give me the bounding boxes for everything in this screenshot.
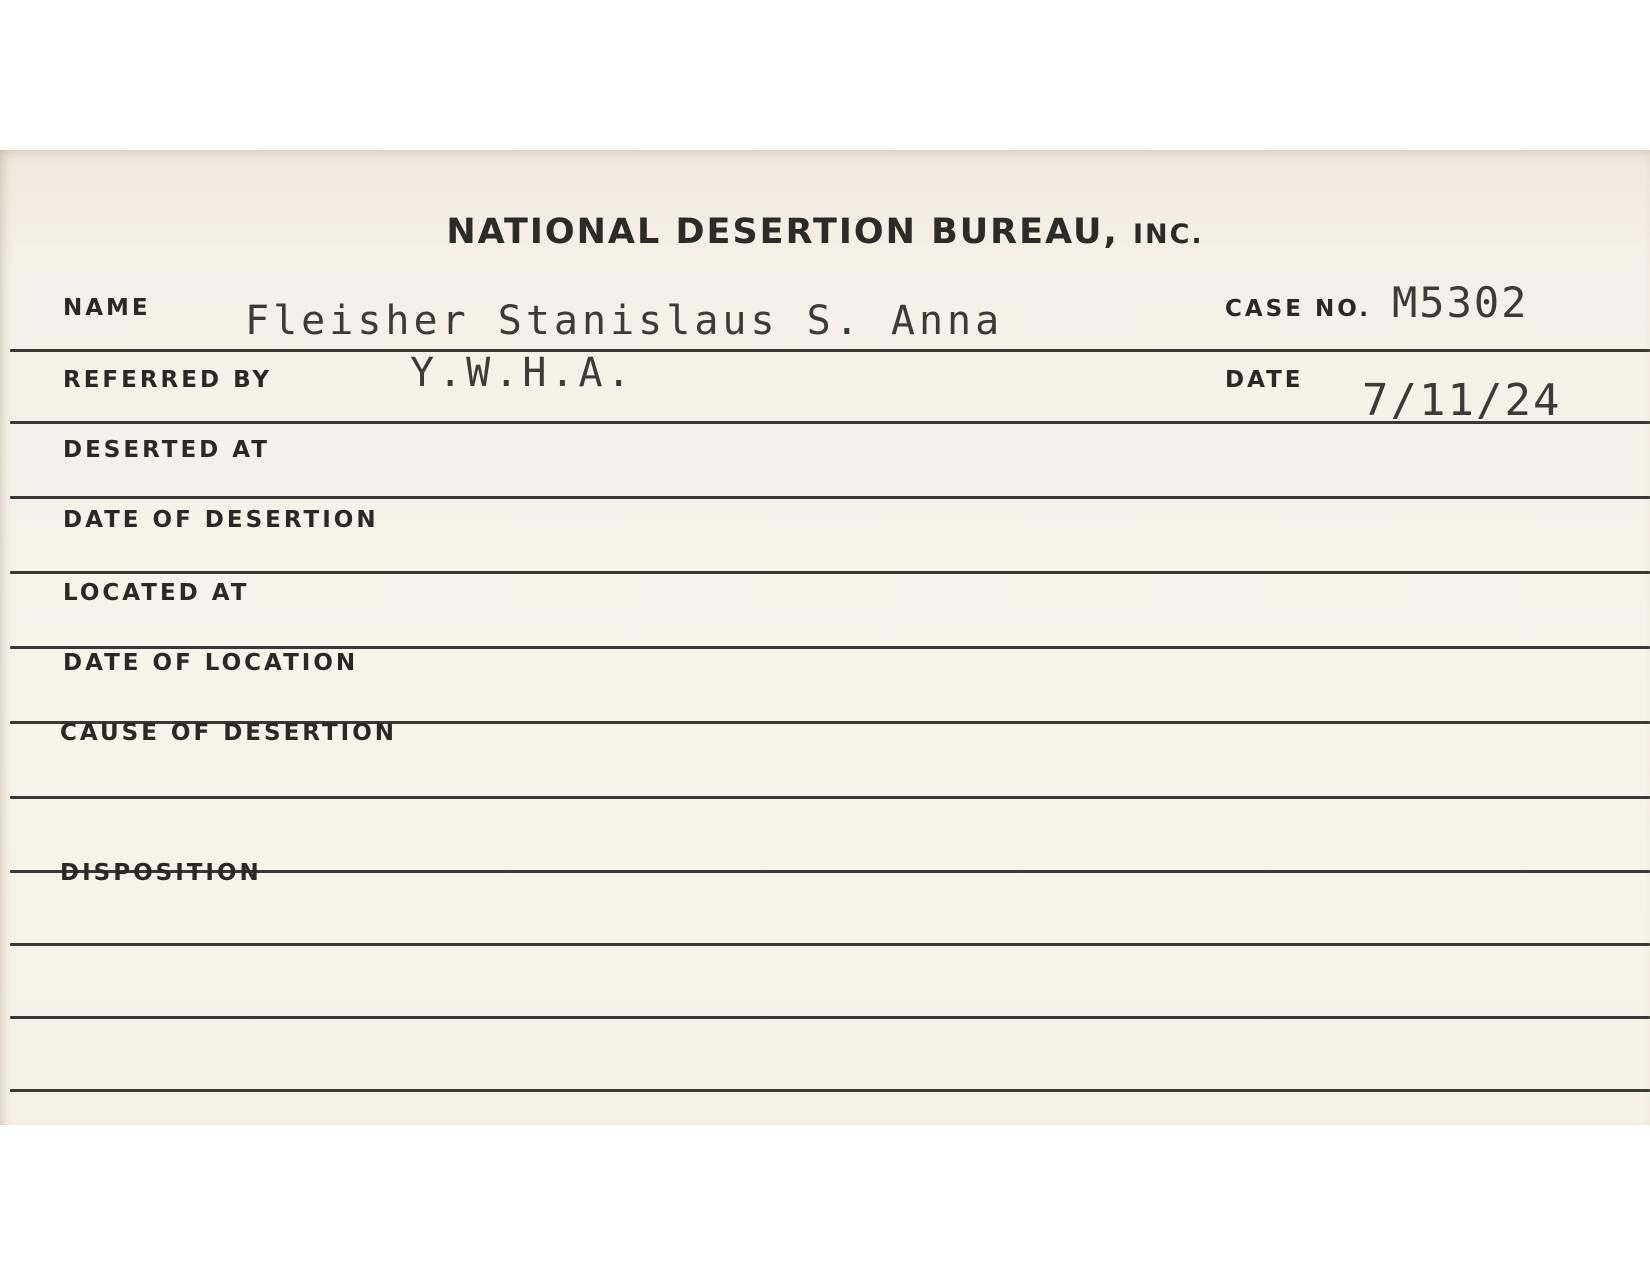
located-at-line xyxy=(10,646,1650,649)
name-label: NAME xyxy=(63,295,151,321)
date-value: 7/11/24 xyxy=(1362,375,1561,426)
deserted-at-line xyxy=(10,496,1650,499)
name-value: Fleisher Stanislaus S. Anna xyxy=(245,298,1003,344)
date-of-desertion-line xyxy=(10,571,1650,574)
referred-by-value: Y.W.H.A. xyxy=(410,350,635,396)
deserted-at-label: DESERTED AT xyxy=(63,437,270,463)
date-of-location-label: DATE OF LOCATION xyxy=(63,650,358,676)
disposition-line xyxy=(10,943,1650,946)
date-label: DATE xyxy=(1225,367,1304,393)
card-title: NATIONAL DESERTION BUREAU, INC. xyxy=(0,212,1650,252)
referred-by-label: REFERRED BY xyxy=(63,367,272,393)
disposition-line-3 xyxy=(10,1089,1650,1092)
index-card: NATIONAL DESERTION BUREAU, INC. NAME Fle… xyxy=(0,150,1650,1125)
bureau-suffix: INC. xyxy=(1133,219,1204,250)
case-no-value: M5302 xyxy=(1392,278,1528,327)
disposition-label: DISPOSITION xyxy=(60,860,262,886)
referred-by-line xyxy=(10,421,1650,424)
bureau-name: NATIONAL DESERTION BUREAU, xyxy=(446,212,1118,252)
cause-of-desertion-label: CAUSE OF DESERTION xyxy=(60,720,397,746)
cause-of-desertion-line xyxy=(10,796,1650,799)
disposition-line-2 xyxy=(10,1016,1650,1019)
name-line xyxy=(10,349,1650,352)
located-at-label: LOCATED AT xyxy=(63,580,250,606)
case-no-label: CASE NO. xyxy=(1225,296,1371,322)
date-of-desertion-label: DATE OF DESERTION xyxy=(63,507,379,533)
